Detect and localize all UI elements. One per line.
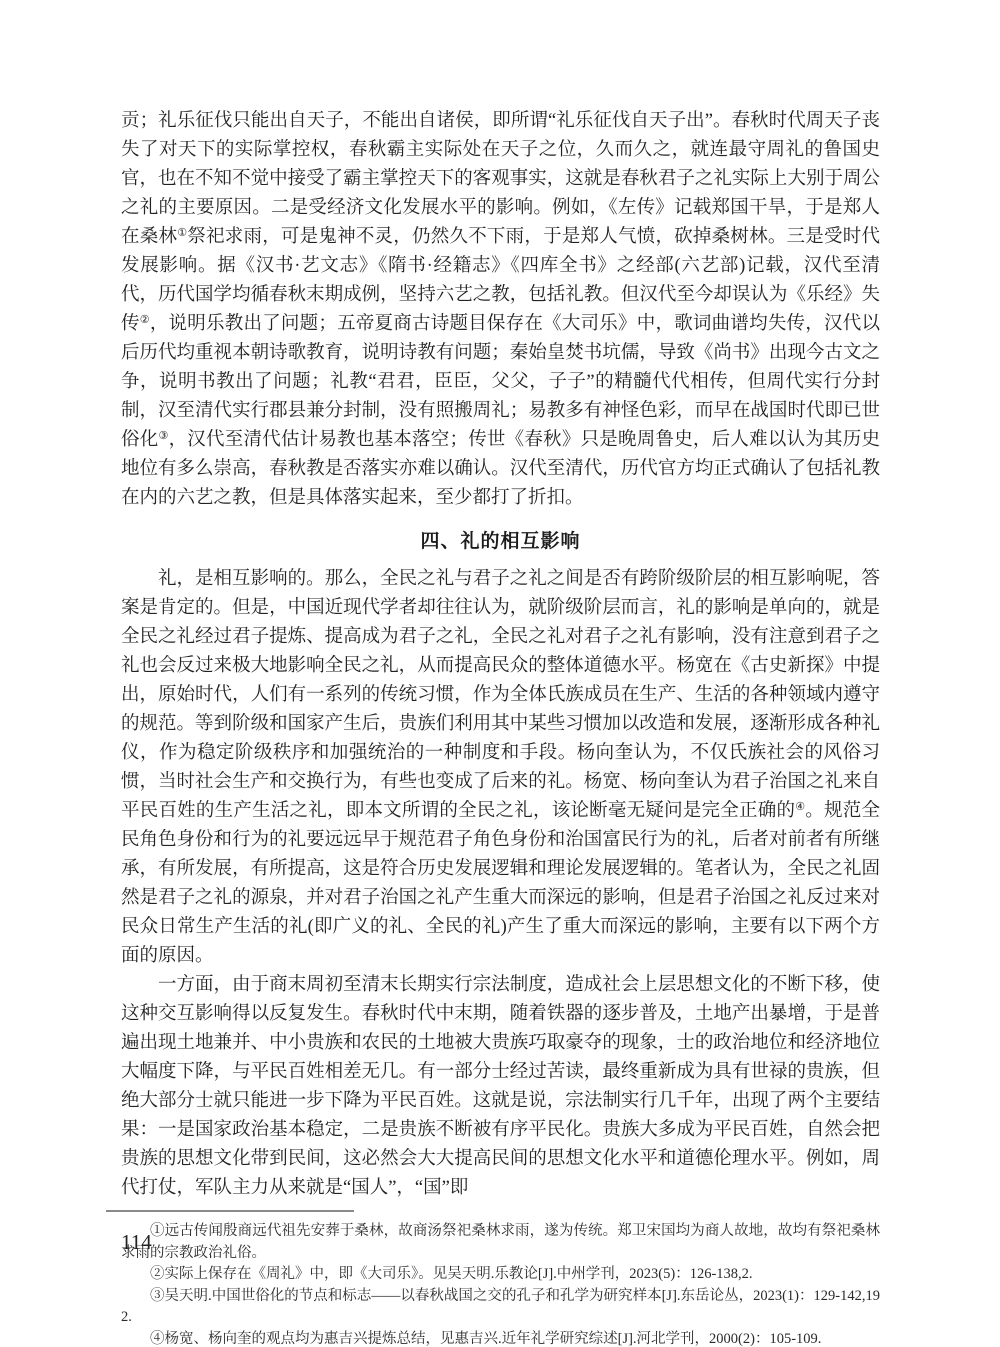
- page-number: 114: [121, 1230, 152, 1255]
- journal-page: 贡；礼乐征伐只能出自天子，不能出自诸侯，即所谓“礼乐征伐自天子出”。春秋时代周天…: [0, 0, 1000, 1347]
- footnote: ③吴天明.中国世俗化的节点和标志——以春秋战国之交的孔子和孔学为研究样本[J].…: [121, 1286, 880, 1329]
- article-body: 贡；礼乐征伐只能出自天子，不能出自诸侯，即所谓“礼乐征伐自天子出”。春秋时代周天…: [121, 107, 880, 1347]
- section-heading: 四、礼的相互影响: [121, 527, 880, 556]
- footnote: ④杨宽、杨向奎的观点均为惠吉兴提炼总结，见惠吉兴.近年礼学研究综述[J].河北学…: [121, 1329, 880, 1347]
- paragraph: 礼，是相互影响的。那么，全民之礼与君子之礼之间是否有跨阶级阶层的相互影响呢，答案…: [121, 565, 880, 971]
- footnote: ①远古传闻殷商远代祖先安葬于桑林，故商汤祭祀桑林求雨，遂为传统。郑卫宋国均为商人…: [121, 1221, 880, 1264]
- paragraph-continuation: 贡；礼乐征伐只能出自天子，不能出自诸侯，即所谓“礼乐征伐自天子出”。春秋时代周天…: [121, 107, 880, 513]
- footnotes-block: ①远古传闻殷商远代祖先安葬于桑林，故商汤祭祀桑林求雨，遂为传统。郑卫宋国均为商人…: [121, 1221, 880, 1347]
- footnote: ②实际上保存在《周礼》中，即《大司乐》。见吴天明.乐教论[J].中州学刊，202…: [121, 1264, 880, 1286]
- footnote-separator-rule: [106, 1210, 354, 1212]
- paragraph: 一方面，由于商末周初至清末长期实行宗法制度，造成社会上层思想文化的不断下移，使这…: [121, 971, 880, 1203]
